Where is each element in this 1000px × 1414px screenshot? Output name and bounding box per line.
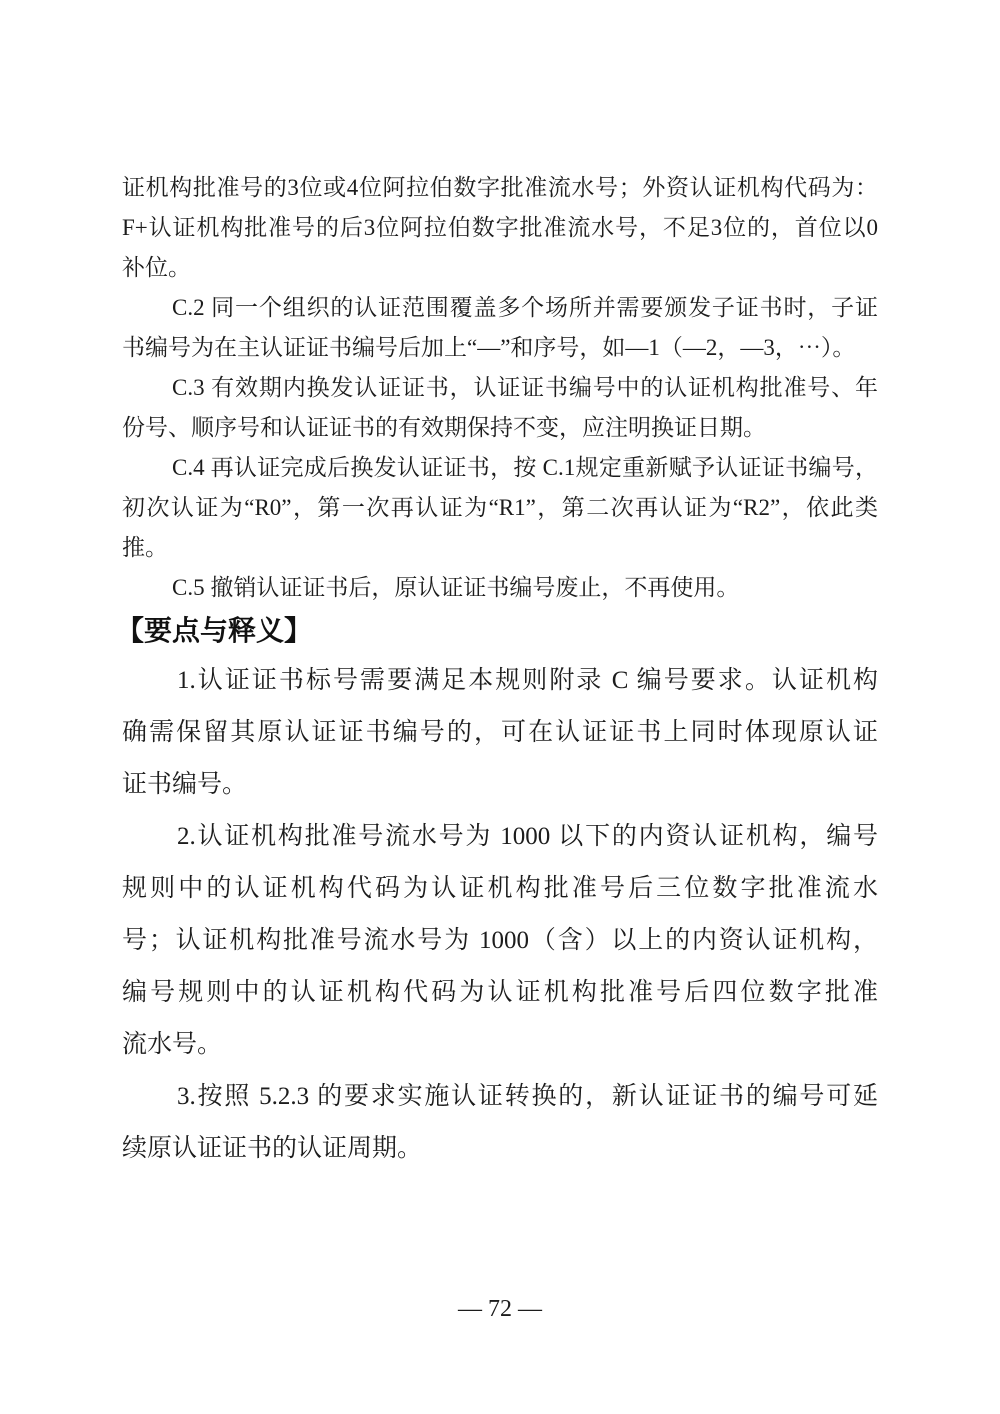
paragraph: C.3 有效期内换发认证证书，认证证书编号中的认证机构批准号、年份号、顺序号和认… bbox=[122, 368, 878, 448]
text-line: F+认证机构批准号的后3位阿拉伯数字批准流水号，不足3位的，首位以0 bbox=[122, 208, 878, 248]
text-line: 3.按照 5.2.3 的要求实施认证转换的，新认证证书的编号可延 bbox=[122, 1071, 878, 1123]
text-line: 证机构批准号的3位或4位阿拉伯数字批准流水号；外资认证机构代码为： bbox=[122, 168, 878, 208]
appendix-c-clauses: 证机构批准号的3位或4位阿拉伯数字批准流水号；外资认证机构代码为：F+认证机构批… bbox=[122, 168, 878, 608]
text-line: 号；认证机构批准号流水号为 1000（含）以上的内资认证机构， bbox=[122, 915, 878, 967]
text-line: 规则中的认证机构代码为认证机构批准号后三位数字批准流水 bbox=[122, 863, 878, 915]
page-number: — 72 — bbox=[0, 1294, 1000, 1324]
text-line: 初次认证为“R0”，第一次再认证为“R1”，第二次再认证为“R2”，依此类推。 bbox=[122, 488, 878, 568]
text-line: 份号、顺序号和认证证书的有效期保持不变，应注明换证日期。 bbox=[122, 408, 878, 448]
document-page: 证机构批准号的3位或4位阿拉伯数字批准流水号；外资认证机构代码为：F+认证机构批… bbox=[0, 0, 1000, 1414]
text-line: 证书编号。 bbox=[122, 759, 878, 811]
paragraph: 证机构批准号的3位或4位阿拉伯数字批准流水号；外资认证机构代码为：F+认证机构批… bbox=[122, 168, 878, 288]
paragraph: C.2 同一个组织的认证范围覆盖多个场所并需要颁发子证书时，子证书编号为在主认证… bbox=[122, 288, 878, 368]
text-line: 续原认证证书的认证周期。 bbox=[122, 1123, 878, 1175]
section-heading: 【要点与释义】 bbox=[116, 610, 312, 652]
paragraph: 2.认证机构批准号流水号为 1000 以下的内资认证机构，编号规则中的认证机构代… bbox=[122, 811, 878, 1071]
notes-and-interpretation: 1.认证证书标号需要满足本规则附录 C 编号要求。认证机构确需保留其原认证证书编… bbox=[122, 655, 878, 1175]
text-line: C.4 再认证完成后换发认证证书，按 C.1规定重新赋予认证证书编号， bbox=[122, 448, 878, 488]
paragraph: 3.按照 5.2.3 的要求实施认证转换的，新认证证书的编号可延续原认证证书的认… bbox=[122, 1071, 878, 1175]
text-line: 编号规则中的认证机构代码为认证机构批准号后四位数字批准 bbox=[122, 967, 878, 1019]
text-line: 补位。 bbox=[122, 248, 878, 288]
text-line: C.3 有效期内换发认证证书，认证证书编号中的认证机构批准号、年 bbox=[122, 368, 878, 408]
paragraph: C.5 撤销认证证书后，原认证证书编号废止，不再使用。 bbox=[122, 568, 878, 608]
text-line: 2.认证机构批准号流水号为 1000 以下的内资认证机构，编号 bbox=[122, 811, 878, 863]
paragraph: 1.认证证书标号需要满足本规则附录 C 编号要求。认证机构确需保留其原认证证书编… bbox=[122, 655, 878, 811]
text-line: C.2 同一个组织的认证范围覆盖多个场所并需要颁发子证书时，子证 bbox=[122, 288, 878, 328]
text-line: 书编号为在主认证证书编号后加上“—”和序号，如—1（—2，—3，⋯）。 bbox=[122, 328, 878, 368]
text-line: C.5 撤销认证证书后，原认证证书编号废止，不再使用。 bbox=[122, 568, 878, 608]
text-line: 确需保留其原认证证书编号的，可在认证证书上同时体现原认证 bbox=[122, 707, 878, 759]
text-line: 1.认证证书标号需要满足本规则附录 C 编号要求。认证机构 bbox=[122, 655, 878, 707]
paragraph: C.4 再认证完成后换发认证证书，按 C.1规定重新赋予认证证书编号，初次认证为… bbox=[122, 448, 878, 568]
text-line: 流水号。 bbox=[122, 1019, 878, 1071]
